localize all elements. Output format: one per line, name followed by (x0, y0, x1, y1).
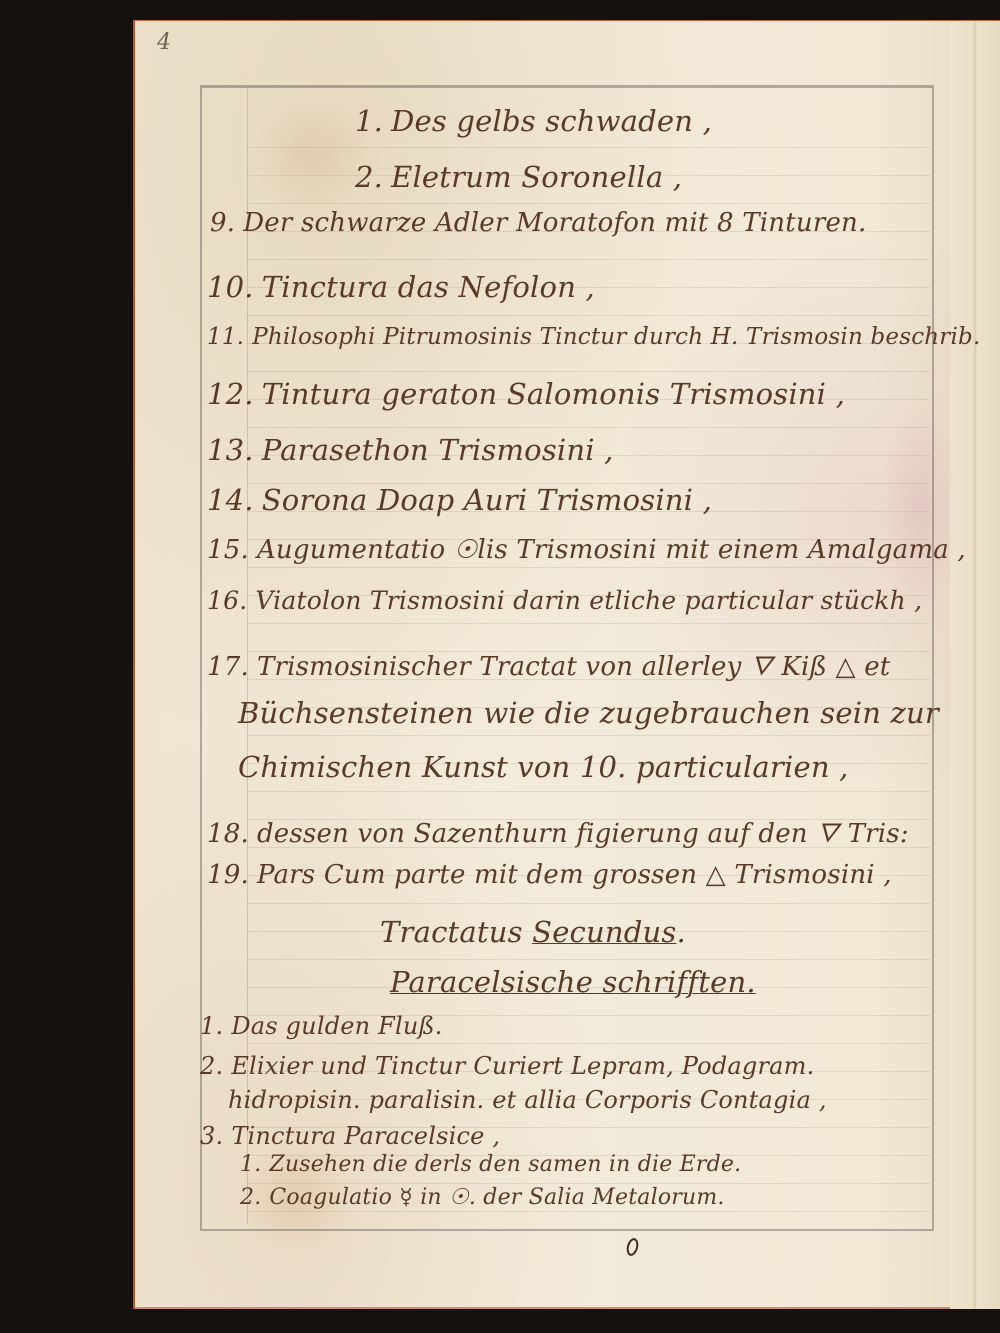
entry-12: 12.Tintura geraton Salomonis Trismosini … (207, 377, 845, 411)
entry-18: 18.dessen von Sazenthurn figierung auf d… (207, 804, 909, 857)
entry-13: 13.Parasethon Trismosini , (207, 433, 614, 467)
manuscript-scan: 4 1.Des gelbs schwaden , 2.Eletrum Soron… (0, 0, 1000, 1333)
paracelsus-subheading: Paracelsische schrifften. (390, 965, 756, 999)
entry-10: 10.Tinctura das Nefolon , (207, 270, 595, 304)
entry-15: 15.Augumentatio ☉lis Trismosini mit eine… (207, 535, 966, 565)
section-two-subentry-1: 1.Zusehen die derls den samen in die Erd… (240, 1152, 741, 1177)
entry-19: 19.Pars Cum parte mit dem grossen △ Tris… (207, 860, 892, 890)
section-two-entry-2-cont: hidropisin. paralisin. et allia Corporis… (228, 1086, 827, 1114)
entry-16: 16.Viatolon Trismosini darin etliche par… (207, 586, 922, 615)
entry-11: 11.Philosophi Pitrumosinis Tinctur durch… (207, 324, 981, 350)
section-two-entry-2: 2.Elixier und Tinctur Curiert Lepram, Po… (200, 1052, 814, 1080)
entry-2: 2.Eletrum Soronella , (355, 160, 682, 194)
section-two-entry-1: 1.Das gulden Fluß. (200, 1012, 443, 1040)
entry-17-cont-1: Büchsensteinen wie die zugebrauchen sein… (238, 696, 939, 730)
entry-17-cont-2: Chimischen Kunst von 10. particularien , (238, 750, 849, 784)
entry-1: 1.Des gelbs schwaden , (355, 104, 712, 138)
entry-17: 17.Trismosinischer Tractat von allerley … (207, 637, 890, 690)
section-two-subentry-2: 2.Coagulatio ☿ in ☉. der Salia Metalorum… (240, 1185, 725, 1210)
entry-9: 9.Der schwarze Adler Moratofon mit 8 Tin… (210, 208, 866, 238)
tractatus-heading: Tractatus Secundus. (380, 915, 686, 949)
manuscript-text: 1.Des gelbs schwaden , 2.Eletrum Soronel… (0, 0, 1000, 1333)
entry-14: 14.Sorona Doap Auri Trismosini , (207, 483, 712, 517)
section-two-entry-3: 3.Tinctura Paracelsice , (200, 1122, 500, 1150)
